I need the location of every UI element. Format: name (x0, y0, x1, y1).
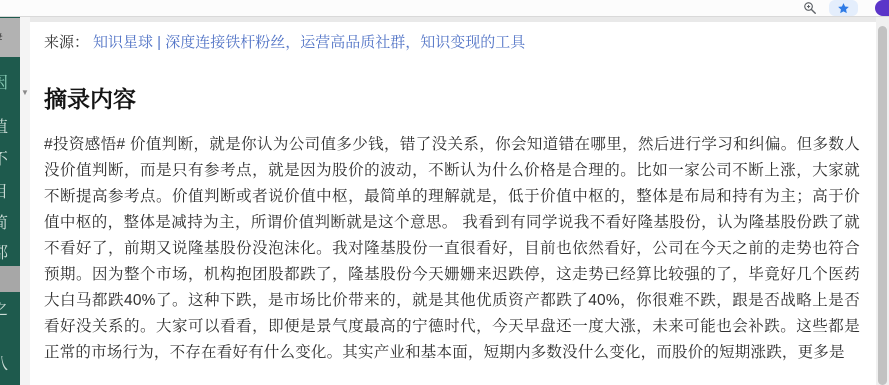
clipped-char: # (0, 30, 18, 48)
source-link[interactable]: 知识星球 | 深度连接铁杆粉丝，运营高品质社群，知识变现的工具 (93, 34, 525, 51)
clipped-char: 因 (0, 75, 16, 93)
clipped-char: 值 (0, 119, 16, 137)
scrollbar-track[interactable] (876, 17, 889, 385)
magnifier-plus-icon (803, 1, 817, 15)
background-window-strip[interactable]: # 因 值 不 目 简 郡 之 八 (0, 17, 20, 385)
clipped-char: 目 (0, 184, 16, 202)
clipped-char: 之 (0, 301, 16, 319)
clipped-char: 不 (0, 151, 16, 169)
star-filled-icon (837, 2, 850, 15)
background-window-gray-item: # (0, 18, 20, 57)
clipped-char: 简 (0, 215, 16, 233)
browser-toolbar (0, 0, 889, 17)
page-gutter: ▼ (20, 17, 30, 385)
page-zoom-icon[interactable] (803, 1, 817, 15)
collapse-triangle-icon[interactable]: ▼ (21, 89, 29, 97)
browser-viewport: # 因 值 不 目 简 郡 之 八 ▼ 来源：知识星球 | 深度连接铁杆粉丝，运… (0, 17, 889, 385)
article-page: 来源：知识星球 | 深度连接铁杆粉丝，运营高品质社群，知识变现的工具 摘录内容 … (30, 22, 876, 385)
excerpt-paragraph: #投资感悟# 价值判断，就是你认为公司值多少钱，错了没关系，你会知道错在哪里，然… (44, 132, 860, 366)
clipped-char: 郡 (0, 245, 16, 263)
bookmark-star-button[interactable] (829, 0, 858, 16)
page-title: 摘录内容 (44, 86, 860, 112)
source-row: 来源：知识星球 | 深度连接铁杆粉丝，运营高品质社群，知识变现的工具 (44, 33, 860, 53)
source-label: 来源： (44, 34, 89, 51)
purple-extension-icon[interactable] (875, 0, 889, 16)
scrollbar-thumb[interactable] (878, 26, 887, 385)
background-window-gray-item (0, 266, 20, 292)
clipped-char: 八 (0, 356, 16, 374)
